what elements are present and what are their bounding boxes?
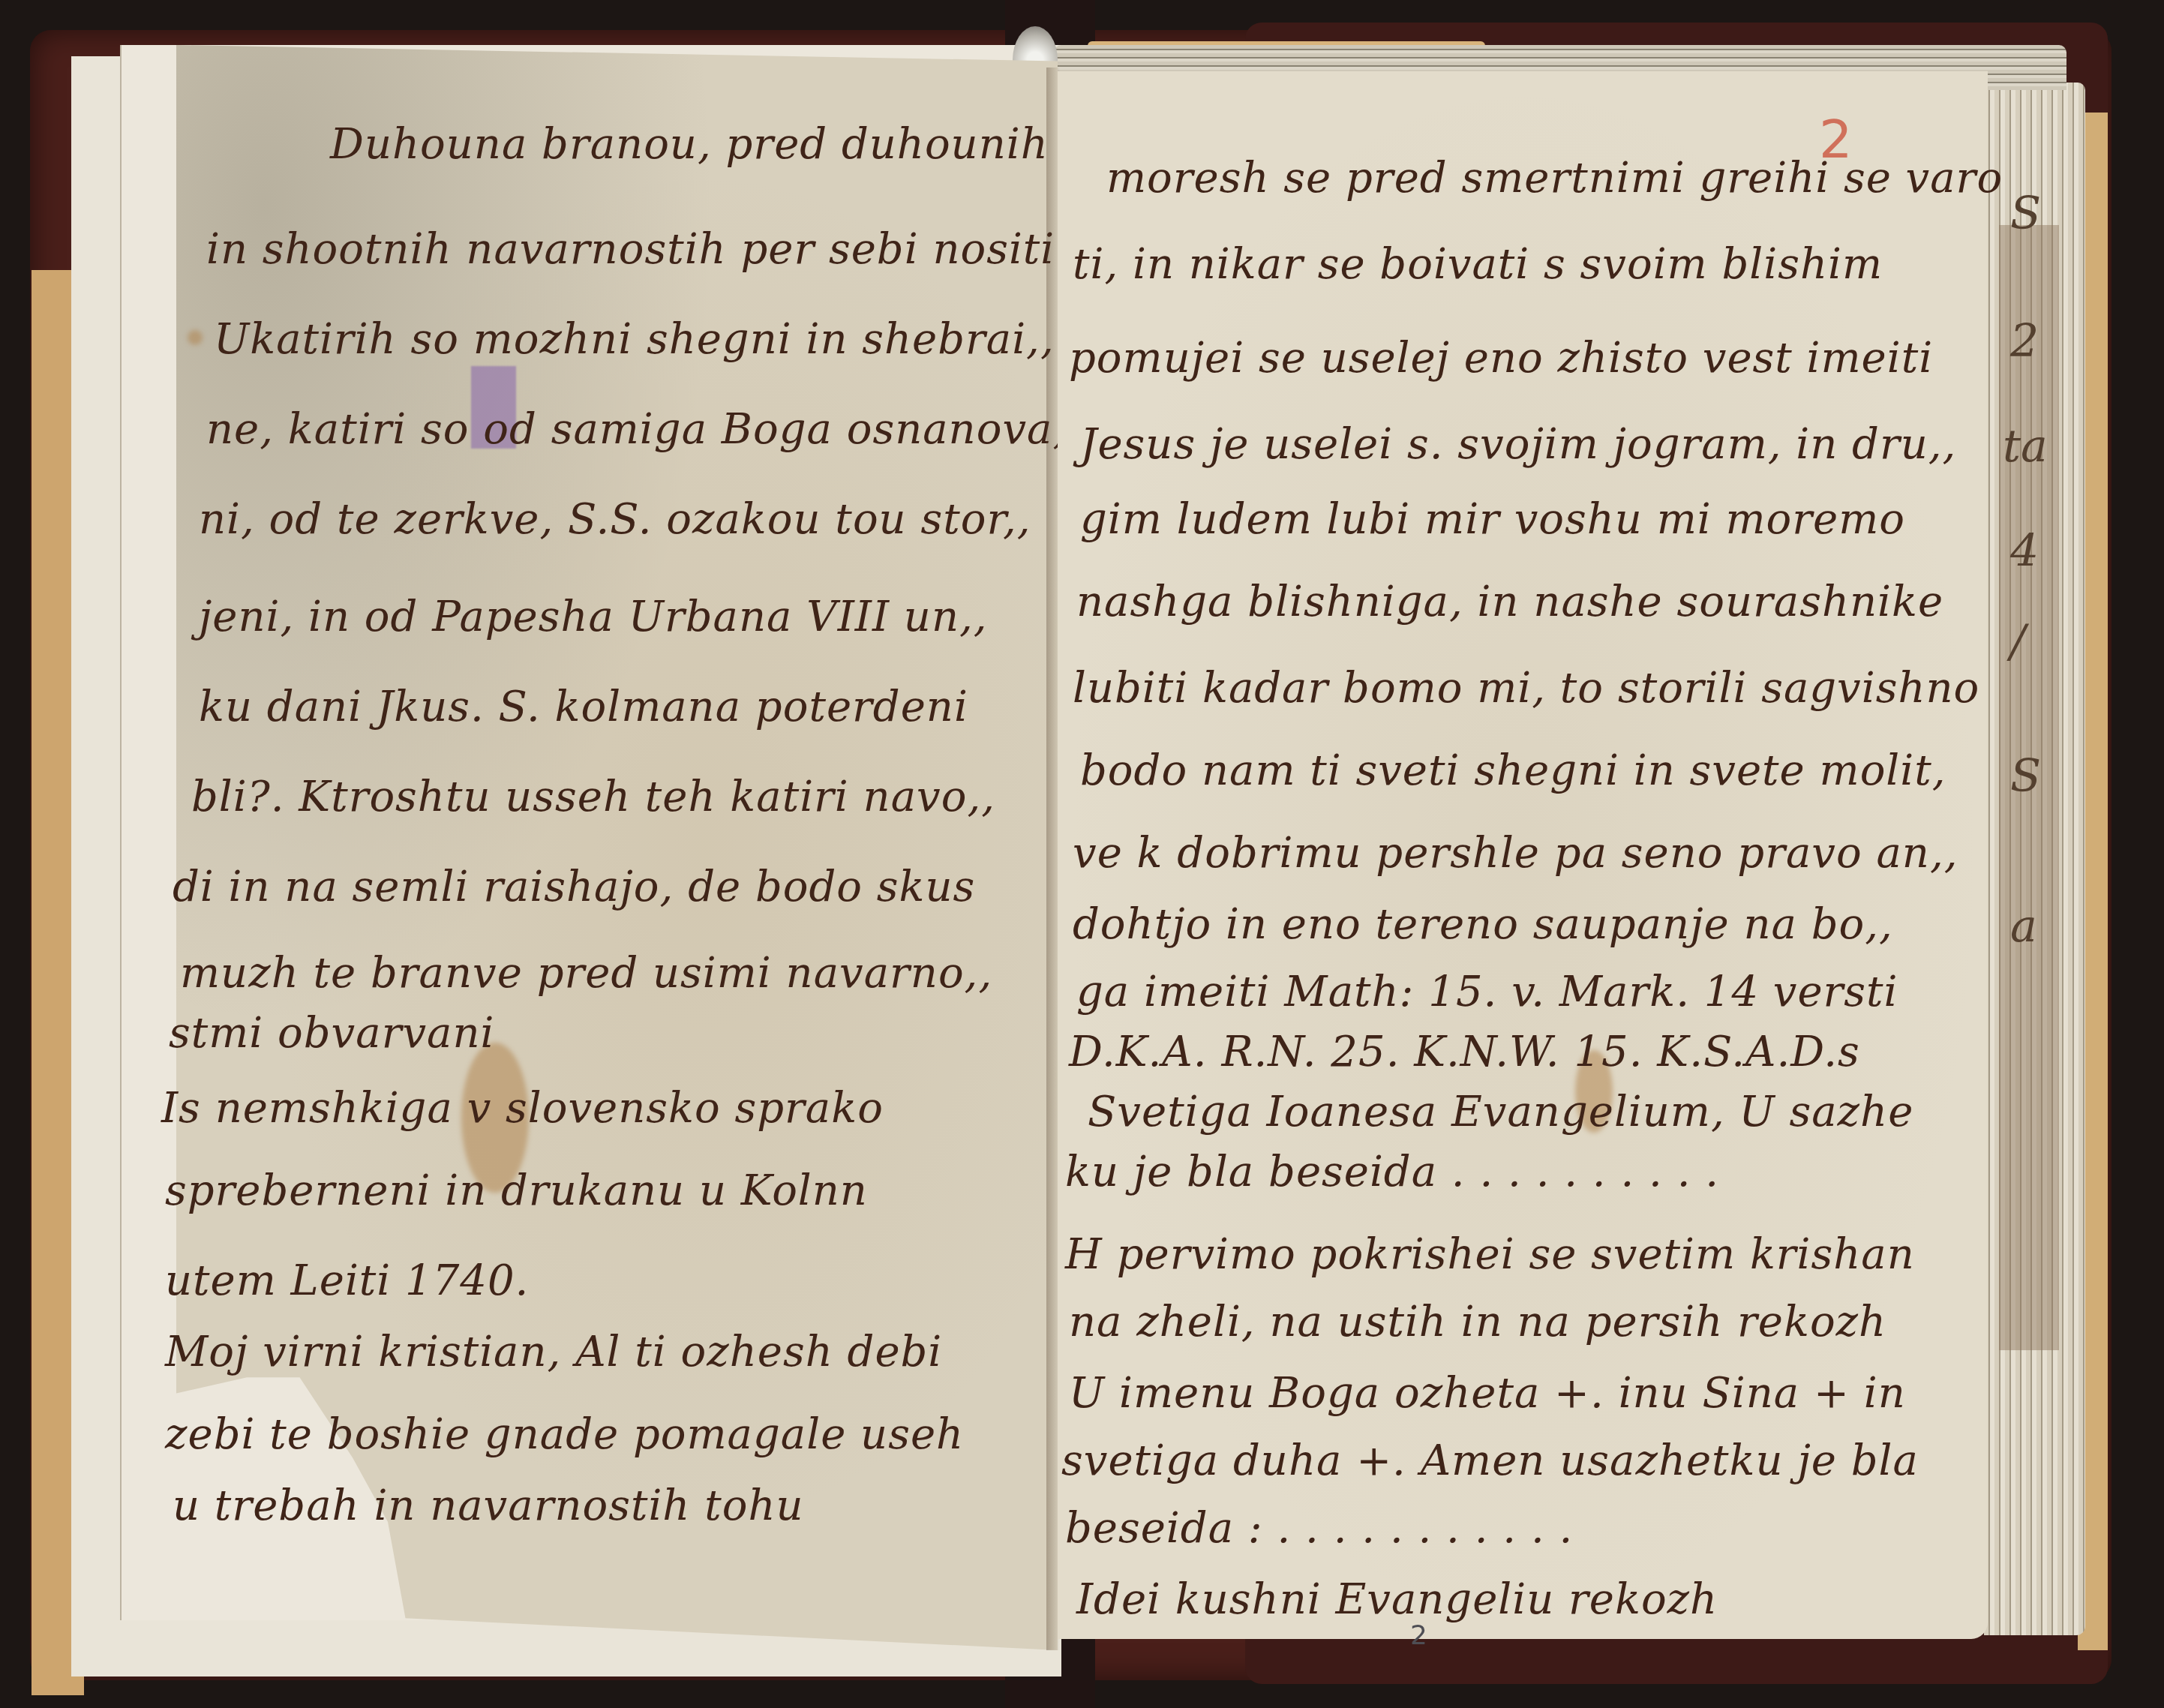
text-line: bli?. Ktroshtu usseh teh katiri navo,, [191, 773, 995, 821]
text-line: jeni, in od Papesha Urbana VIII un,, [199, 593, 988, 641]
text-line: zebi te boshie gnade pomagale useh [165, 1410, 964, 1459]
text-line: D.K.A. R.N. 25. K.N.W. 15. K.S.A.D.s [1069, 1028, 1860, 1076]
text-line: Is nemshkiga v slovensko sprako [161, 1084, 884, 1133]
marginalia: S [2010, 750, 2041, 803]
text-line: utem Leiti 1740. [165, 1256, 529, 1305]
text-line: svetiga duha +. Amen usazhetku je bla [1061, 1436, 1919, 1485]
text-line: lubiti kadar bomo mi, to storili sagvish… [1073, 664, 1979, 713]
text-line: bodo nam ti sveti shegni in svete molit, [1080, 746, 1946, 795]
text-line: ku je bla beseida . . . . . . . . . . [1065, 1148, 1719, 1196]
text-line: H pervimo pokrishei se svetim krishan [1065, 1230, 1915, 1279]
text-line: ku dani Jkus. S. kolmana poterdeni [199, 683, 968, 731]
foxing-spot [188, 330, 203, 345]
marginalia: S [2010, 188, 2041, 240]
text-line: ti, in nikar se boivati s svoim blishim [1073, 240, 1883, 289]
text-line: Svetiga Ioanesa Evangelium, U sazhe [1088, 1088, 1913, 1136]
text-line: Ukatirih so mozhni shegni in shebrai,, [214, 315, 1055, 364]
signature-mark: 2 [1410, 1620, 1427, 1651]
text-line: in shootnih navarnostih per sebi nositi [206, 225, 1055, 274]
text-line: beseida : . . . . . . . . . . . [1065, 1504, 1573, 1553]
text-line: Idei kushni Evangeliu rekozh [1076, 1575, 1718, 1624]
text-line: ni, od te zerkve, S.S. ozakou tou stor,, [199, 495, 1031, 544]
text-line: Jesus je uselei s. svojim jogram, in dru… [1080, 420, 1956, 469]
text-line: u trebah in navarnostih tohu [173, 1481, 804, 1530]
marginalia: 4 [2010, 525, 2039, 578]
text-line: na zheli, na ustih in na persih rekozh [1069, 1298, 1886, 1346]
text-line: gim ludem lubi mir voshu mi moremo [1080, 495, 1905, 544]
text-line: ga imeiti Math: 15. v. Mark. 14 versti [1076, 968, 1898, 1016]
marginalia: 2 [2010, 315, 2039, 368]
text-line: nashga blishniga, in nashe sourashnike [1076, 578, 1943, 626]
text-line: Duhouna branou, pred duhounih [330, 120, 1049, 169]
text-line: spreberneni in drukanu u Kolnn [165, 1166, 868, 1215]
marginalia: ta [2003, 420, 2048, 473]
text-line: muzh te branve pred usimi navarno,, [180, 949, 992, 998]
marginalia: / [2010, 615, 2025, 668]
text-line: U imenu Boga ozheta +. inu Sina + in [1069, 1369, 1906, 1418]
text-line: Moj virni kristian, Al ti ozhesh debi [165, 1328, 942, 1376]
text-line: di in na semli raishajo, de bodo skus [173, 863, 975, 911]
text-line: moresh se pred smertnimi greihi se varo [1106, 154, 2003, 203]
marginalia: a [2010, 900, 2037, 953]
text-line: pomujei se uselej eno zhisto vest imeiti [1069, 334, 1933, 383]
text-line: ne, katiri so od samiga Boga osnanova,, [206, 405, 1081, 454]
text-line: dohtjo in eno tereno saupanje na bo,, [1073, 900, 1893, 949]
text-line: stmi obvarvani [169, 1009, 494, 1058]
text-line: ve k dobrimu pershle pa seno pravo an,, [1073, 829, 1958, 878]
